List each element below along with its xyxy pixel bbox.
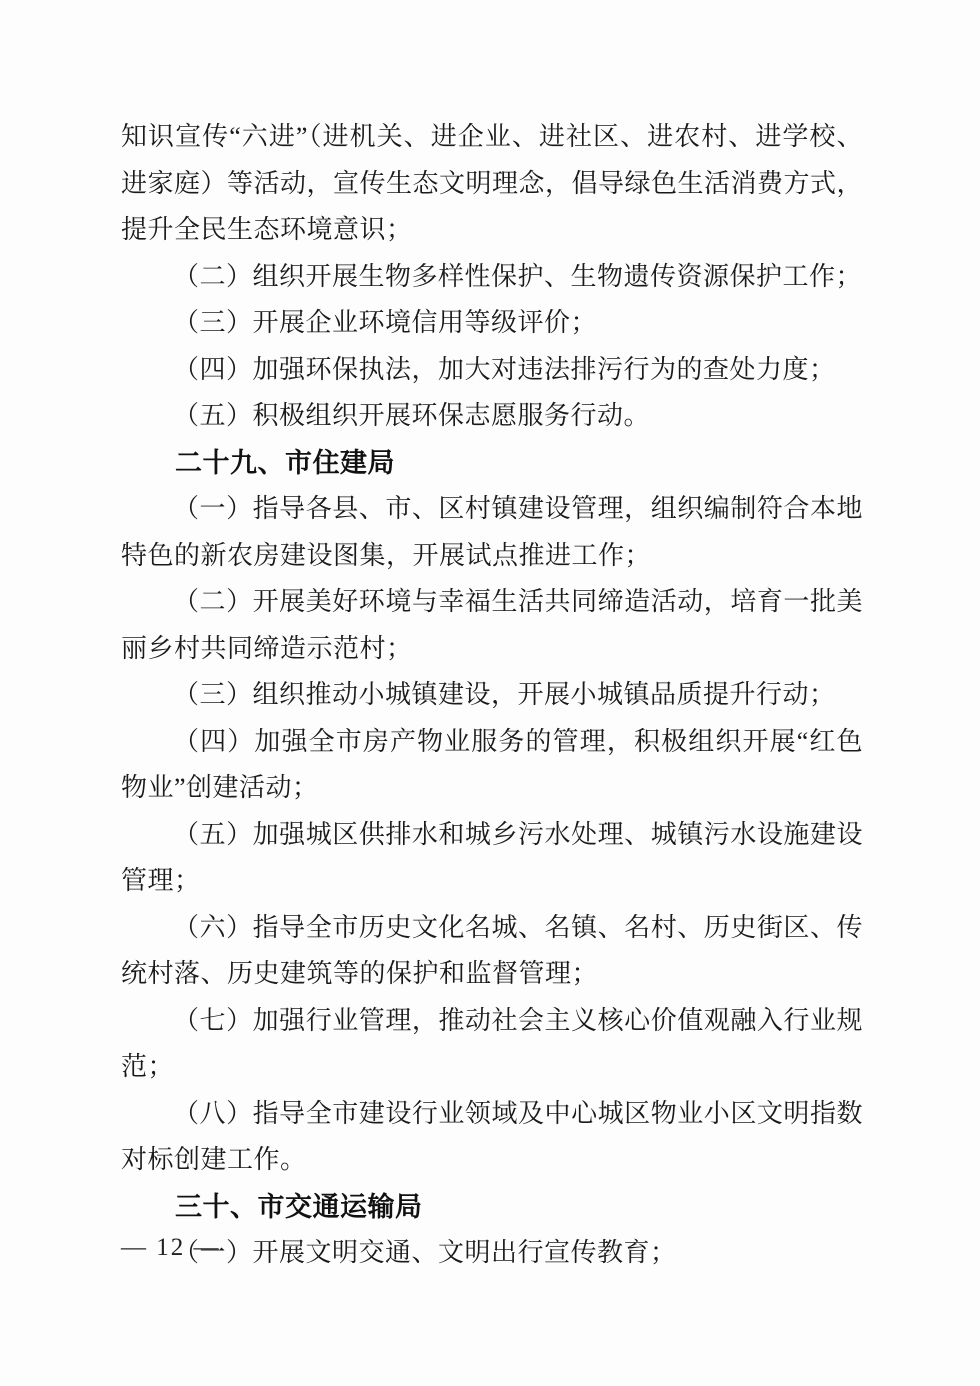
list-item-8: （八）指导全市建设行业领域及中心城区物业小区文明指数对标创建工作。 bbox=[121, 1091, 863, 1184]
list-item-3: （三）组织推动小城镇建设，开展小城镇品质提升行动； bbox=[121, 672, 863, 719]
document-body: 知识宣传“六进”（进机关、进企业、进社区、进农村、进学校、进家庭）等活动，宣传生… bbox=[121, 114, 863, 1277]
list-item-5: （五）积极组织开展环保志愿服务行动。 bbox=[121, 393, 863, 440]
list-item-3: （三）开展企业环境信用等级评价； bbox=[121, 300, 863, 347]
list-item-4: （四）加强全市房产物业服务的管理，积极组织开展“红色物业”创建活动； bbox=[121, 719, 863, 812]
document-page: 知识宣传“六进”（进机关、进企业、进社区、进农村、进学校、进家庭）等活动，宣传生… bbox=[0, 0, 980, 1386]
list-item-7: （七）加强行业管理，推动社会主义核心价值观融入行业规范； bbox=[121, 998, 863, 1091]
section-heading-30-transport-bureau: 三十、市交通运输局 bbox=[121, 1184, 863, 1231]
page-number: — 12 — bbox=[121, 1231, 221, 1265]
list-item-2: （二）组织开展生物多样性保护、生物遗传资源保护工作； bbox=[121, 254, 863, 301]
list-item-1: （一）开展文明交通、文明出行宣传教育； bbox=[121, 1230, 863, 1277]
section-heading-29-housing-bureau: 二十九、市住建局 bbox=[121, 440, 863, 487]
list-item-1: （一）指导各县、市、区村镇建设管理，组织编制符合本地特色的新农房建设图集，开展试… bbox=[121, 486, 863, 579]
paragraph-continuation: 知识宣传“六进”（进机关、进企业、进社区、进农村、进学校、进家庭）等活动，宣传生… bbox=[121, 114, 863, 254]
list-item-5: （五）加强城区供排水和城乡污水处理、城镇污水设施建设管理； bbox=[121, 812, 863, 905]
list-item-6: （六）指导全市历史文化名城、名镇、名村、历史街区、传统村落、历史建筑等的保护和监… bbox=[121, 905, 863, 998]
list-item-2: （二）开展美好环境与幸福生活共同缔造活动，培育一批美丽乡村共同缔造示范村； bbox=[121, 579, 863, 672]
list-item-4: （四）加强环保执法，加大对违法排污行为的查处力度； bbox=[121, 347, 863, 394]
